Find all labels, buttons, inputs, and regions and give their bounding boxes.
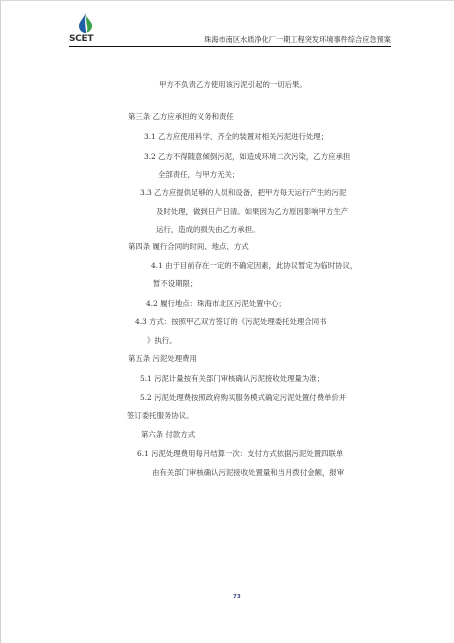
text-line: 3.1 乙方应使用科学、齐全的装置对相关污泥进行处理；	[144, 131, 328, 142]
text-line: 4.1 由于目前存在一定的不确定因素，此协议暂定为临时协议，	[151, 260, 357, 271]
text-line: 第三条 乙方应承担的义务和责任	[128, 111, 234, 122]
page-number: 73	[233, 594, 241, 600]
text-line: 4.3 方式：按照甲乙双方签订的《污泥处理委托处理合同书	[135, 316, 326, 327]
text-line: 第六条 付款方式	[141, 429, 195, 440]
text-line: 第四条 履行合同的时间、地点、方式	[128, 241, 249, 252]
text-line: 3.2 乙方不得随意倾倒污泥，如造成环境二次污染，乙方应承担	[144, 151, 350, 162]
logo-text: SCET	[69, 34, 93, 44]
water-drop-icon	[77, 13, 95, 33]
text-line: 甲方不负责乙方使用该污泥引起的一切后果。	[159, 79, 307, 90]
text-line: 6.1 污泥处理费用每月结算一次：支付方式依据污泥处置四联单	[137, 448, 343, 459]
text-line: 签订委托服务协议。	[127, 410, 194, 421]
text-line: 第五条 污泥处理费用	[128, 353, 197, 364]
page-header: SCET 珠海市南区水质净化厂一期工程突发环境事件综合应急预案	[69, 13, 391, 47]
text-line: 5.1 污泥计量按有关部门审核确认污泥接收处理量为准；	[140, 373, 324, 384]
text-line: 4.2 履行地点：珠海市北区污泥处置中心；	[146, 298, 286, 309]
document-title: 珠海市南区水质净化厂一期工程突发环境事件综合应急预案	[204, 35, 391, 45]
text-line: 》执行。	[147, 335, 177, 346]
document-page: SCET 珠海市南区水质净化厂一期工程突发环境事件综合应急预案 甲方不负责乙方使…	[0, 0, 454, 643]
text-line: 由有关部门审核确认污泥接收处置量和当月拨付金额，报审	[152, 467, 344, 478]
text-line: 3.3 乙方应提供足够的人员和设备，把甲方每天运行产生的污泥	[140, 187, 346, 198]
scet-logo: SCET	[69, 13, 103, 45]
text-line: 运行，造成的损失由乙方承担。	[156, 224, 259, 235]
text-line: 全部责任，与甲方无关；	[158, 169, 239, 180]
text-line: 暂不设期限；	[153, 278, 197, 289]
text-line: 5.2 污泥处理费按照政府购买服务模式确定污泥处置付费单价并	[140, 392, 346, 403]
text-line: 及时处理，做到日产日清。如果因为乙方原因影响甲方生产	[156, 206, 348, 217]
